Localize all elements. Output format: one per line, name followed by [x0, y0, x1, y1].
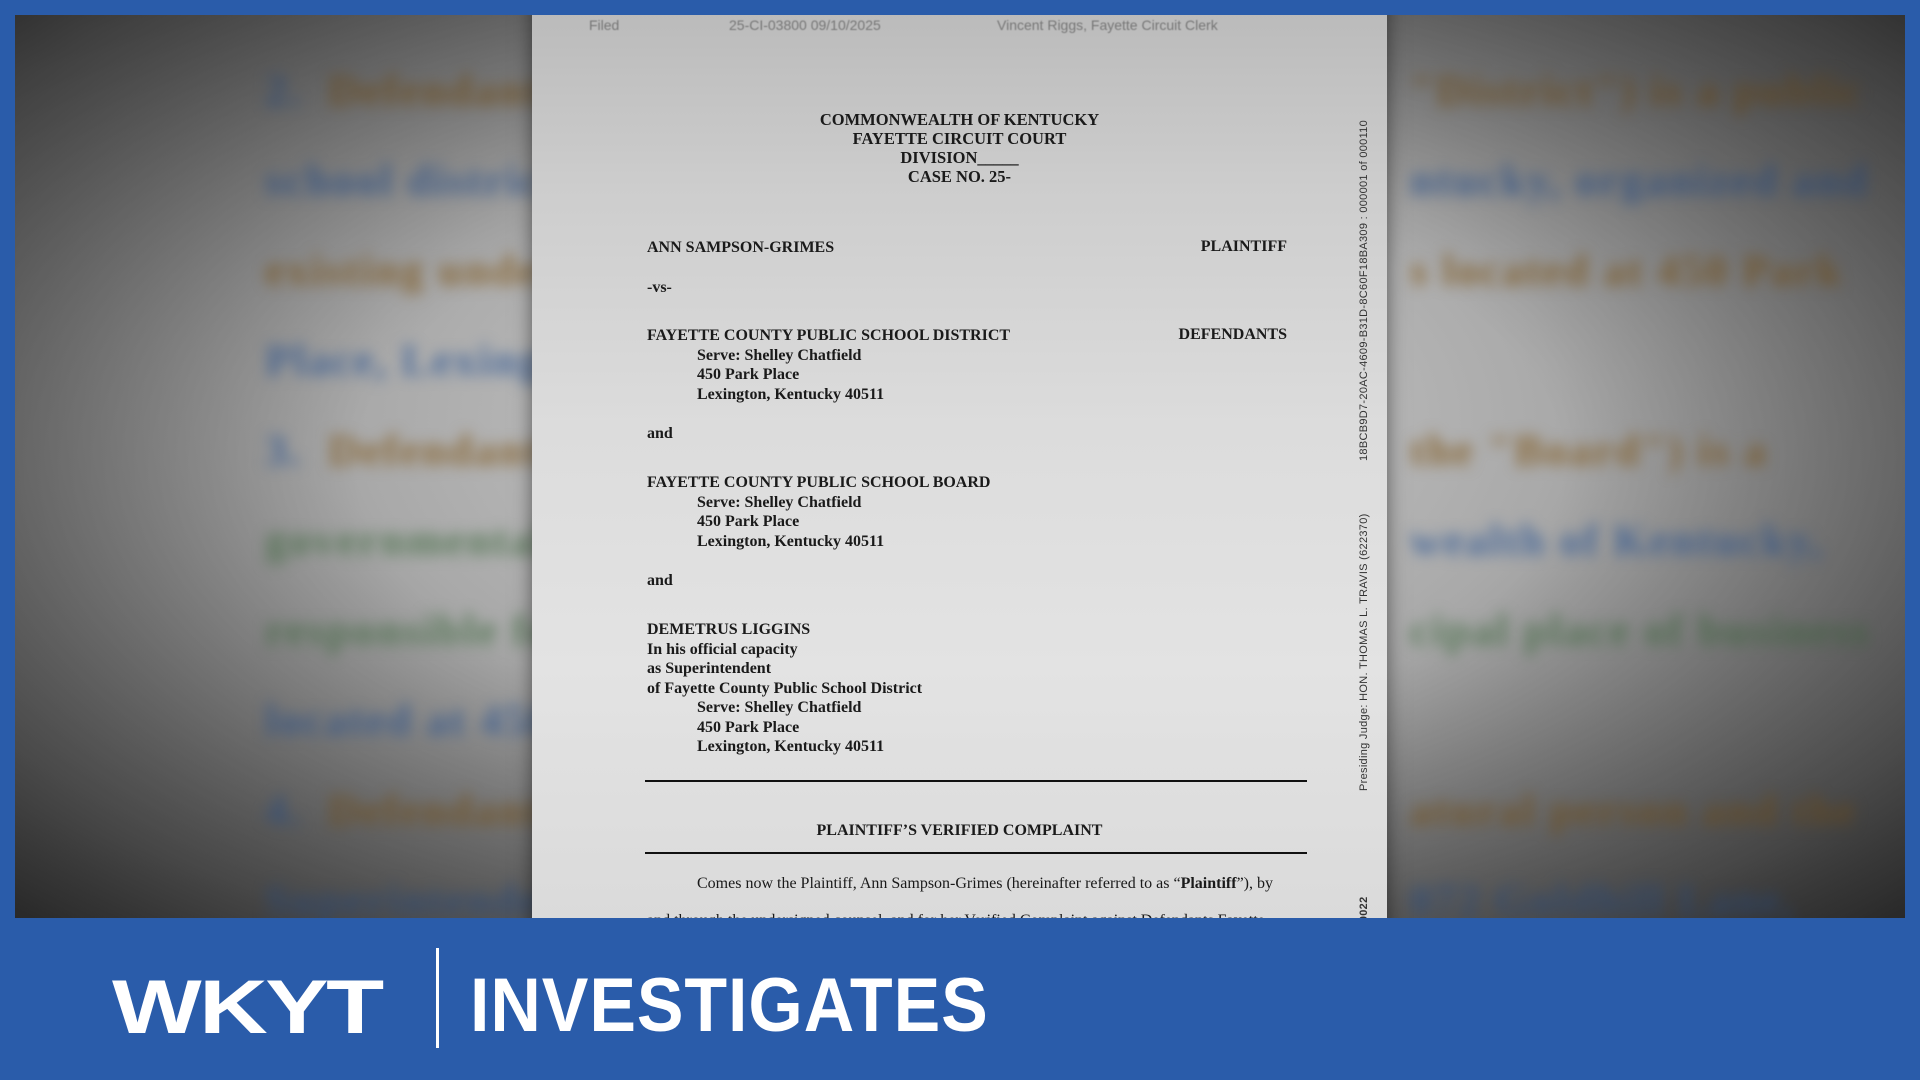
- lower-third-banner: WKYT INVESTIGATES: [0, 918, 1920, 1080]
- presiding-judge-stamp: Presiding Judge: HON. THOMAS L. TRAVIS (…: [1358, 513, 1370, 791]
- connector-and-2: and: [647, 571, 673, 591]
- complaint-body: Comes now the Plaintiff, Ann Sampson-Gri…: [647, 865, 1307, 918]
- page-code-stamp: 000022: [1358, 896, 1370, 918]
- defendant-district: FAYETTE COUNTY PUBLIC SCHOOL DISTRICT Se…: [647, 326, 1010, 404]
- defendants-role: DEFENDANTS: [1179, 326, 1287, 344]
- court-caption: COMMONWEALTH OF KENTUCKY FAYETTE CIRCUIT…: [532, 110, 1387, 186]
- plaintiff-role: PLAINTIFF: [1201, 238, 1287, 256]
- plaintiff-name: ANN SAMPSON-GRIMES: [647, 238, 834, 258]
- divider-top: [645, 780, 1307, 782]
- court-document-page: Filed 25-CI-03800 09/10/2025 Vincent Rig…: [532, 15, 1387, 918]
- document-id-stamp: 18BCB9D7-20AC-4609-B31D-8C60F18BA309 : 0…: [1358, 120, 1370, 461]
- case-number-date: 25-CI-03800 09/10/2025: [729, 17, 881, 33]
- wkyt-logo: WKYT: [112, 970, 382, 1046]
- defendant-superintendent: DEMETRUS LIGGINS In his official capacit…: [647, 620, 922, 757]
- filed-header: Filed 25-CI-03800 09/10/2025 Vincent Rig…: [532, 17, 1387, 39]
- filed-label: Filed: [589, 17, 619, 33]
- divider-bottom: [645, 852, 1307, 854]
- versus-label: -vs-: [647, 278, 672, 298]
- defendant-board: FAYETTE COUNTY PUBLIC SCHOOL BOARD Serve…: [647, 473, 990, 551]
- clerk-name: Vincent Riggs, Fayette Circuit Clerk: [997, 17, 1218, 33]
- investigates-title: INVESTIGATES: [470, 968, 989, 1044]
- connector-and-1: and: [647, 424, 673, 444]
- banner-divider: [436, 948, 439, 1048]
- complaint-title: PLAINTIFF’S VERIFIED COMPLAINT: [532, 822, 1387, 840]
- document-photo: 2. Defendant Fa school district an exist…: [15, 15, 1905, 918]
